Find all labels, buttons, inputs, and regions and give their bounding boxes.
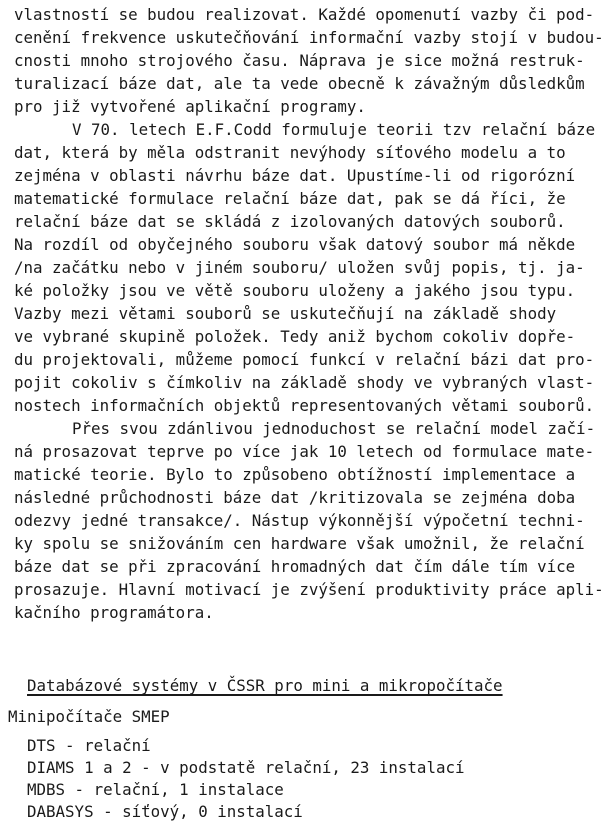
text-line: ké položky jsou ve větě souboru uloženy … bbox=[14, 279, 609, 302]
text-line: Na rozdíl od obyčejného souboru však dat… bbox=[14, 233, 609, 256]
text-line: Vazby mezi větami souborů se uskutečňují… bbox=[14, 302, 609, 325]
text-line: odezvy jedné transakce/. Nástup výkonněj… bbox=[14, 509, 609, 532]
paragraph: vlastností se budou realizovat. Každé op… bbox=[14, 3, 609, 118]
text-line: Přes svou zdánlivou jednoduchost se rela… bbox=[14, 417, 609, 440]
document-page: vlastností se budou realizovat. Každé op… bbox=[14, 3, 609, 624]
text-line: V 70. letech E.F.Codd formuluje teorii t… bbox=[14, 118, 609, 141]
text-line: ná prosazovat teprve po více jak 10 lete… bbox=[14, 440, 609, 463]
text-line: báze dat se při zpracování hromadných da… bbox=[14, 555, 609, 578]
text-line: vlastností se budou realizovat. Každé op… bbox=[14, 3, 609, 26]
text-line: du projektovali, můžeme pomocí funkcí v … bbox=[14, 348, 609, 371]
text-line: matematické formulace relační báze dat, … bbox=[14, 187, 609, 210]
text-line: pro již vytvořené aplikační programy. bbox=[14, 95, 609, 118]
text-line: cnosti mnoho strojového času. Náprava je… bbox=[14, 49, 609, 72]
text-line: cenění frekvence uskutečňování informačn… bbox=[14, 26, 609, 49]
section-heading: Databázové systémy v ČSSR pro mini a mik… bbox=[27, 676, 503, 695]
body-text: vlastností se budou realizovat. Každé op… bbox=[14, 3, 609, 624]
text-line: ve vybrané skupině položek. Tedy aniž by… bbox=[14, 325, 609, 348]
text-line: matické teorie. Bylo to způsobeno obtížn… bbox=[14, 463, 609, 486]
text-line: následné průchodnosti báze dat /kritizov… bbox=[14, 486, 609, 509]
list-item: DABASYS - síťový, 0 instalací bbox=[27, 801, 464, 823]
section-heading-block: Databázové systémy v ČSSR pro mini a mik… bbox=[8, 651, 503, 697]
text-line: prosazuje. Hlavní motivací je zvýšení pr… bbox=[14, 578, 609, 601]
paragraph: Přes svou zdánlivou jednoduchost se rela… bbox=[14, 417, 609, 624]
text-line: zejména v oblasti návrhu báze dat. Upust… bbox=[14, 164, 609, 187]
database-systems-list: DTS - relační DIAMS 1 a 2 - v podstatě r… bbox=[27, 735, 464, 823]
text-line: turalizací báze dat, ale ta vede obecně … bbox=[14, 72, 609, 95]
text-line: pojit cokoliv s čímkoliv na základě shod… bbox=[14, 371, 609, 394]
list-item: DTS - relační bbox=[27, 735, 464, 757]
text-line: nostech informačních objektů representov… bbox=[14, 394, 609, 417]
list-item: DIAMS 1 a 2 - v podstatě relační, 23 ins… bbox=[27, 757, 464, 779]
text-line: relační báze dat se skládá z izolovaných… bbox=[14, 210, 609, 233]
section-subheading: Minipočítače SMEP bbox=[8, 705, 170, 728]
text-line: kačního programátora. bbox=[14, 601, 609, 624]
text-line: dat, která by měla odstranit nevýhody sí… bbox=[14, 141, 609, 164]
paragraph: V 70. letech E.F.Codd formuluje teorii t… bbox=[14, 118, 609, 417]
list-item: MDBS - relační, 1 instalace bbox=[27, 779, 464, 801]
text-line: /na začátku nebo v jiném souboru/ uložen… bbox=[14, 256, 609, 279]
text-line: ky spolu se snižováním cen hardware však… bbox=[14, 532, 609, 555]
